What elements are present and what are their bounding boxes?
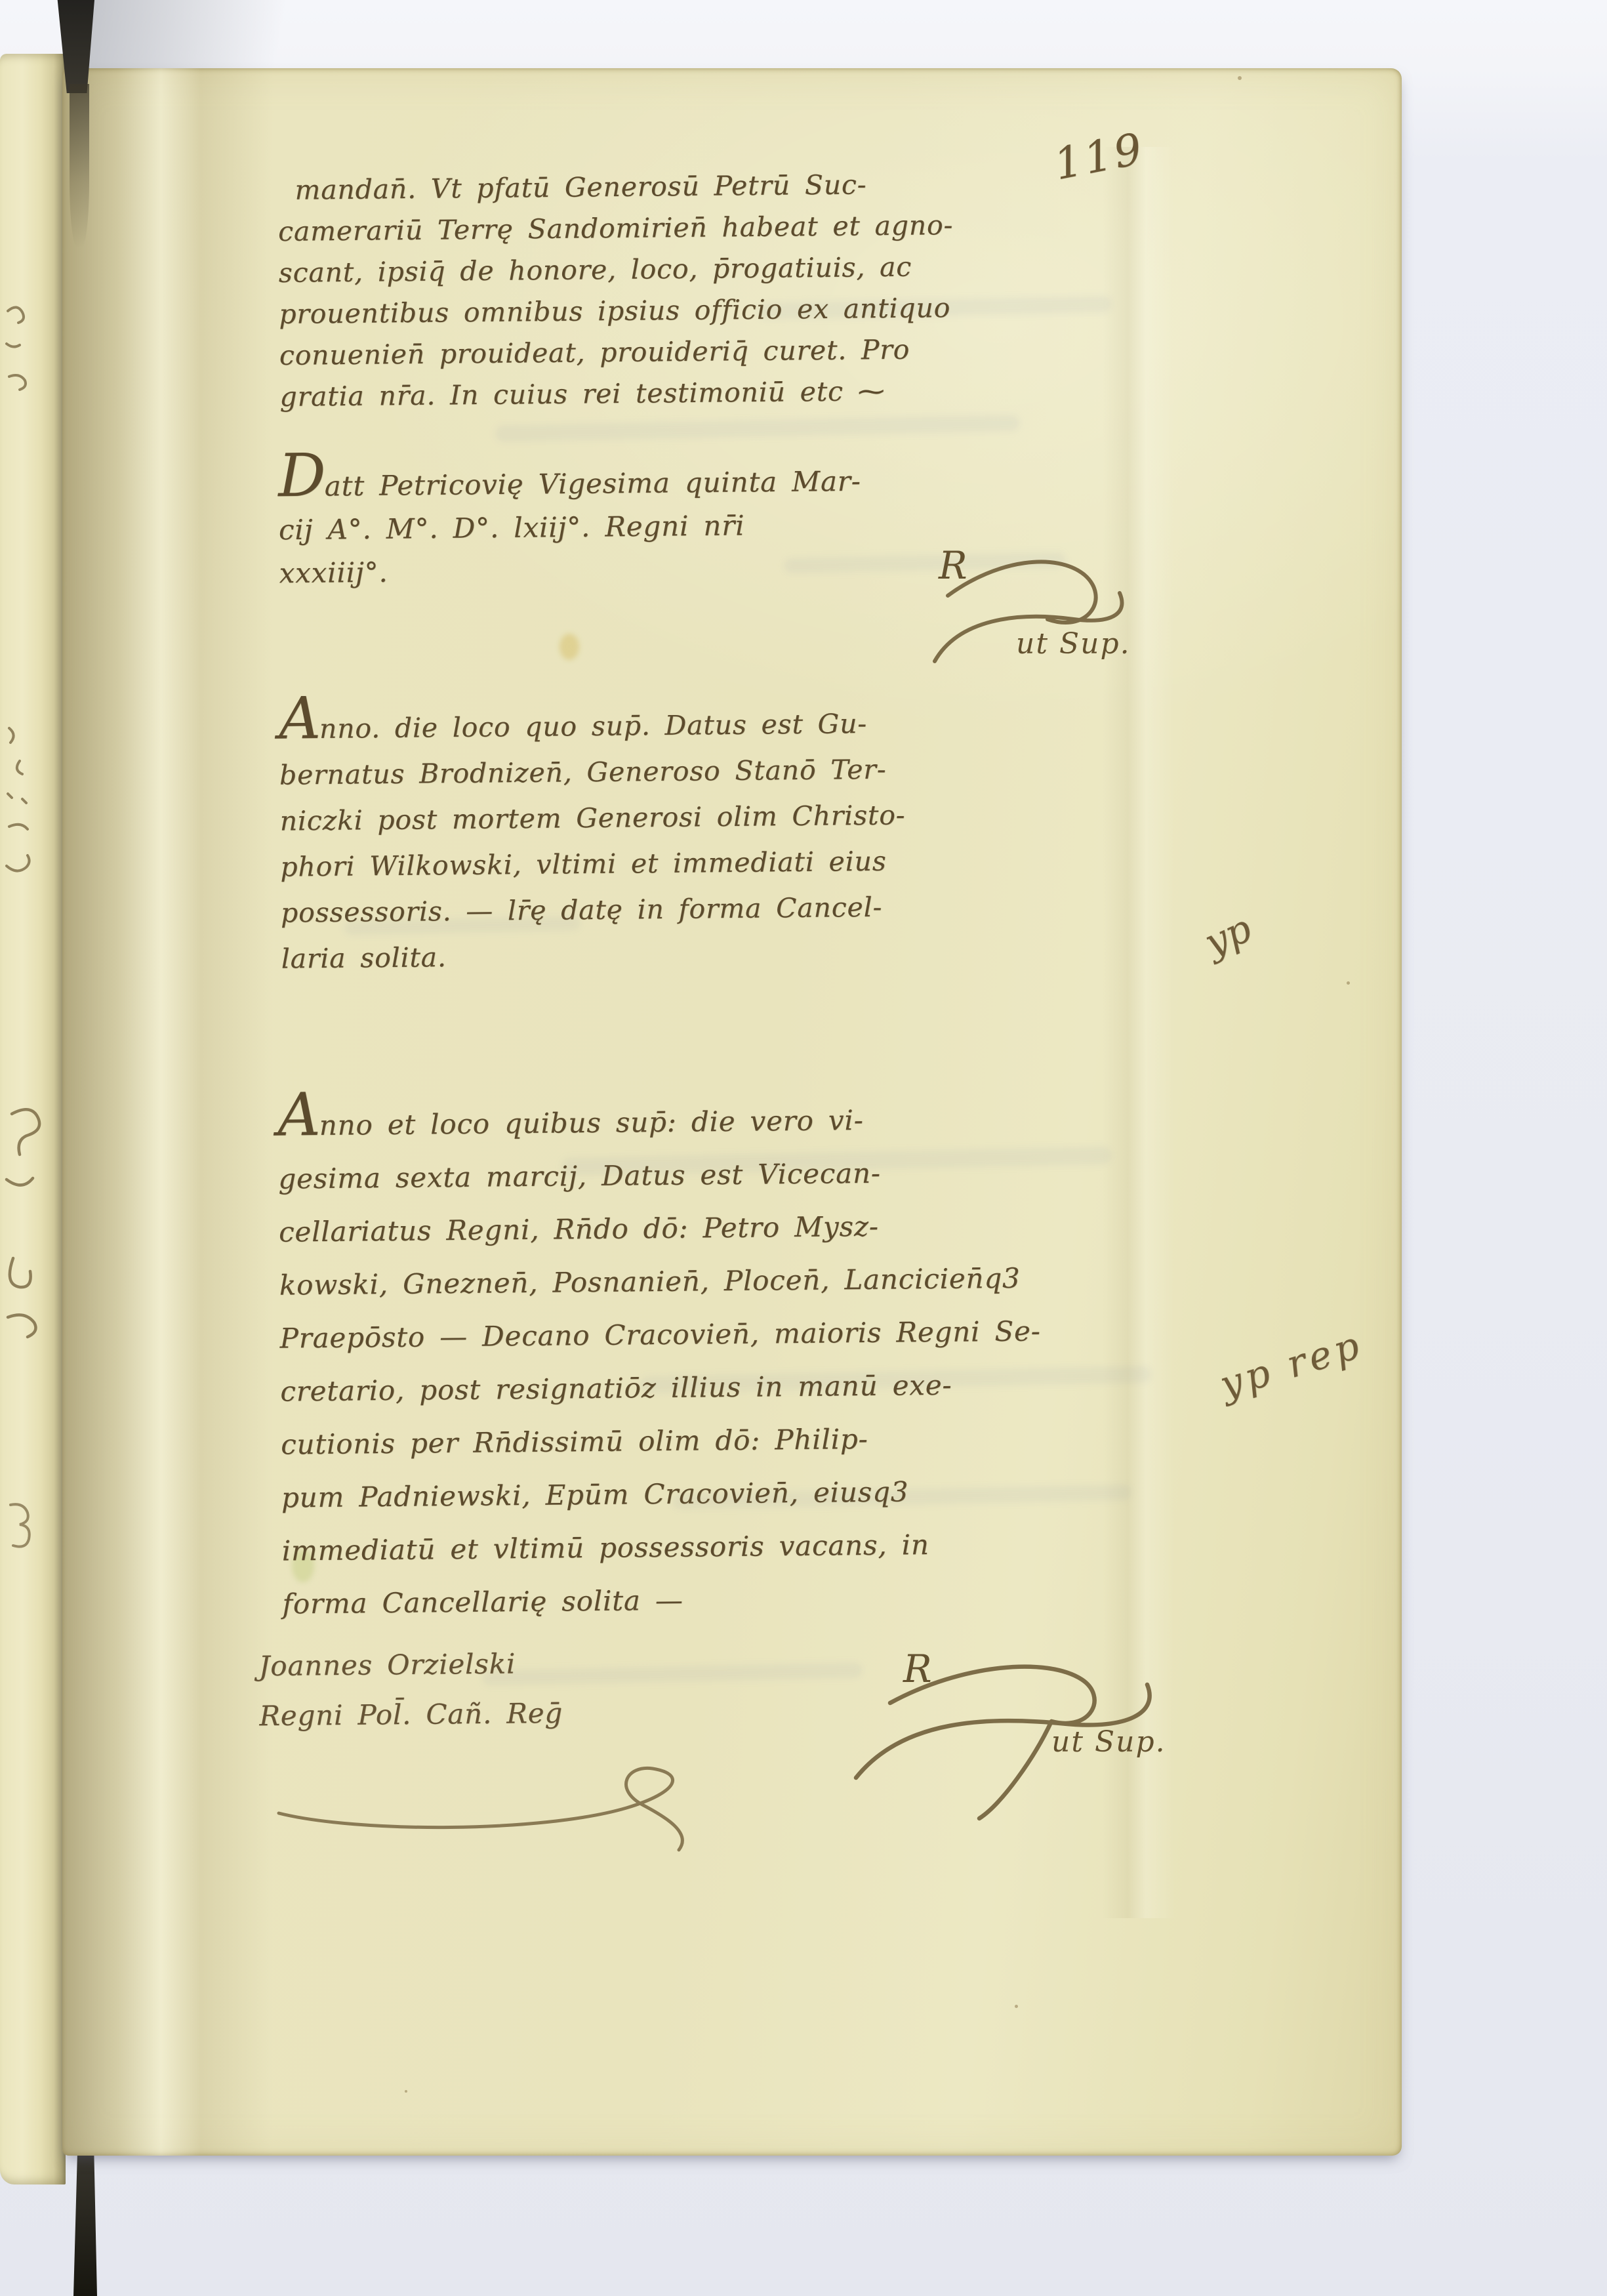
text-line: possessoris. — lr̄ę datę in forma Cancel… <box>281 884 906 935</box>
paper-stain <box>559 634 579 660</box>
text-line: pum Padniewski, Epūm Cracovien̄, eiusq3 <box>281 1464 1043 1524</box>
paragraph-3: Anno et loco quibus sup̄: die vero vi- g… <box>277 1092 1044 1630</box>
text-line: niczki post mortem Generosi olim Christo… <box>279 792 905 844</box>
signature-block: Joannes Orzielski Regni Pol̄. Cañ. Reḡ <box>258 1639 563 1741</box>
paper-speck <box>1238 76 1242 80</box>
text-line: phori Wilkowski, vltimi et immediati eiu… <box>280 838 906 890</box>
clerk-paraph-bottom: R ut Sup. <box>903 1647 1218 1843</box>
gutter-shadow <box>62 68 272 2156</box>
text-line: Anno et loco quibus sup̄: die vero vi- <box>277 1092 1039 1152</box>
text-line: cretario, post resignatiōz illius in man… <box>280 1357 1042 1418</box>
text-line: gesima sexta marcij, Datus est Vicecan- <box>278 1145 1040 1205</box>
text-line: scant, ipsiq̄ de honore, loco, p̄rogatiu… <box>278 246 954 294</box>
text-line: Datt Petricovię Vigesima quinta Mar- <box>278 460 861 509</box>
ink-fragment <box>0 1101 52 1376</box>
text-line: camerariū Terrę Sandomirien̄ habeat et a… <box>278 205 954 253</box>
signature-title: Regni Pol̄. Cañ. Reḡ <box>259 1689 563 1741</box>
text-line: bernatus Brodnizen̄, Generoso Stanō Ter- <box>279 746 905 798</box>
text-line: Praepōsto — Decano Cracovien̄, maioris R… <box>279 1304 1041 1364</box>
clerk-paraph-top: R ut Sup. <box>939 543 1162 714</box>
paragraph-1: mandan̄. Vt pfatū Generosū Petrū Suc- ca… <box>277 163 955 418</box>
facing-page-edge <box>0 54 66 2184</box>
paragraph-2: Anno. die loco quo sup̄. Datus est Gu- b… <box>279 700 907 981</box>
ink-fragment <box>0 722 46 905</box>
signature-name: Joannes Orzielski <box>258 1639 562 1691</box>
text-line: Anno. die loco quo sup̄. Datus est Gu- <box>279 700 905 752</box>
paraph-word: ut Sup. <box>1051 1725 1166 1759</box>
bleed-through <box>495 415 1020 443</box>
text-line: cutionis per Rn̄dissimū olim dō: Philip- <box>281 1410 1042 1471</box>
text-line: prouentibus omnibus ipsius officio ex an… <box>279 287 954 335</box>
text-line: kowski, Gneznen̄, Posnanien̄, Plocen̄, L… <box>279 1251 1040 1311</box>
manuscript-page: 119 mandan̄. Vt pfatū Generosū Petrū Suc… <box>62 68 1402 2156</box>
paper-speck <box>1015 2005 1018 2008</box>
text-line: laria solita. <box>281 930 906 981</box>
paraph-word: ut Sup. <box>1016 627 1131 661</box>
manuscript-scan: 119 mandan̄. Vt pfatū Generosū Petrū Suc… <box>0 0 1607 2296</box>
dating-clause: Datt Petricovię Vigesima quinta Mar- cij… <box>278 460 862 596</box>
paraph-flourish <box>919 556 1142 687</box>
text-line: cellariatus Regni, Rn̄do dō: Petro Mysz- <box>279 1198 1040 1258</box>
paper-speck <box>1347 981 1350 985</box>
ink-fragment <box>1 298 41 416</box>
text-line: gratia nr̄a. In cuius rei testimoniū etc… <box>279 370 955 418</box>
text-line: xxxiiij°. <box>279 546 862 596</box>
signature-flourish <box>259 1734 758 1839</box>
text-line: immediatū et vltimū possessoris vacans, … <box>281 1517 1043 1577</box>
margin-note-yp: yp <box>1198 906 1258 966</box>
text-line: forma Cancellarię solita — <box>282 1570 1044 1630</box>
margin-note-yp-rep: yp rep <box>1215 1322 1368 1407</box>
text-line: conuenien̄ prouideat, prouideriq̄ curet.… <box>279 329 955 377</box>
text-line: cij A°. M°. D°. lxiij°. Regni nr̄i <box>279 503 862 552</box>
scanner-shadow <box>79 0 354 77</box>
binding-strap-bottom <box>73 2141 97 2296</box>
paper-speck <box>405 2090 407 2093</box>
text-line: mandan̄. Vt pfatū Generosū Petrū Suc- <box>277 163 953 211</box>
binding-strap-shadow <box>70 84 89 248</box>
ink-fragment <box>3 1494 42 1599</box>
